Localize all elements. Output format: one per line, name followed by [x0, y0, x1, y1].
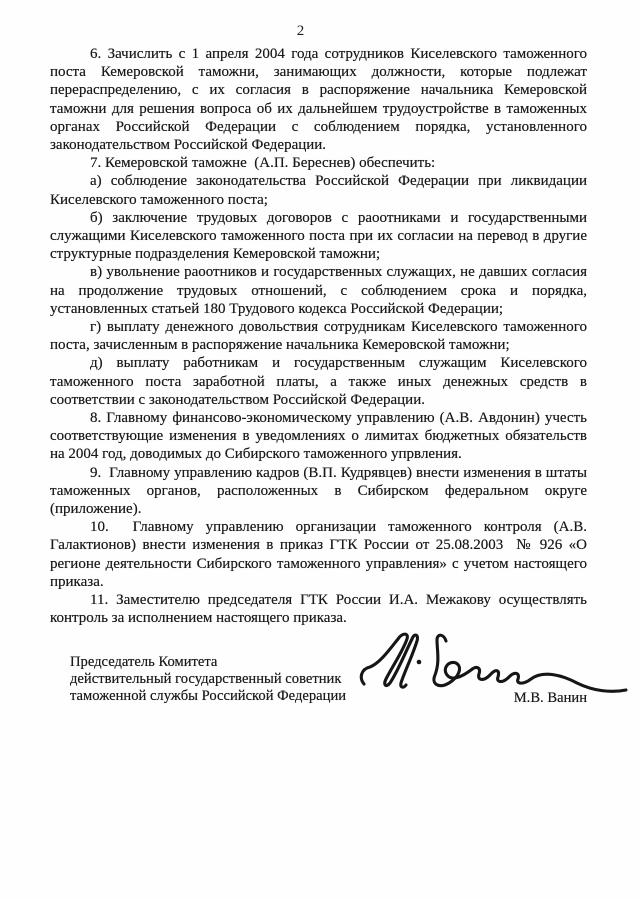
paragraph-6: 6. Зачислить с 1 апреля 2004 года сотруд… [50, 45, 587, 154]
paragraph-7-subitem-d: д) выплату работникам и государственным … [50, 354, 587, 409]
paragraph-7-intro: 7. Кемеровской таможне (А.П. Береснев) о… [50, 154, 587, 172]
signer-position-line-3: таможенной службы Российской Федерации [70, 688, 390, 705]
page-number: 2 [32, 22, 569, 41]
signer-name: М.В. Ванин [514, 690, 587, 707]
document-page: 2 6. Зачислить с 1 апреля 2004 года сотр… [0, 0, 640, 900]
signer-position-line-1: Председатель Комитета [70, 654, 390, 671]
paragraph-7-subitem-v: в) увольнение раоотников и государственн… [50, 263, 587, 318]
paragraph-8: 8. Главному финансово-экономическому упр… [50, 409, 587, 464]
paragraph-10: 10. Главному управлению организации тамо… [50, 518, 587, 591]
paragraph-7-subitem-b: б) заключение трудовых договоров с раоот… [50, 209, 587, 264]
signer-position-line-2: действительный государственный советник [70, 671, 390, 688]
paragraph-9: 9. Главному управлению кадров (В.П. Кудр… [50, 464, 587, 519]
signer-position: Председатель Комитета действительный гос… [70, 654, 390, 706]
text-column: 2 6. Зачислить с 1 апреля 2004 года сотр… [50, 22, 587, 754]
signature-block: Председатель Комитета действительный гос… [50, 654, 587, 754]
paragraph-7-subitem-g: г) выплату денежного довольствия сотрудн… [50, 318, 587, 354]
handwritten-signature-icon [356, 630, 640, 714]
paragraph-11: 11. Заместителю председателя ГТК России … [50, 591, 587, 627]
paragraph-7-subitem-a: а) соблюдение законодательства Российско… [50, 172, 587, 208]
